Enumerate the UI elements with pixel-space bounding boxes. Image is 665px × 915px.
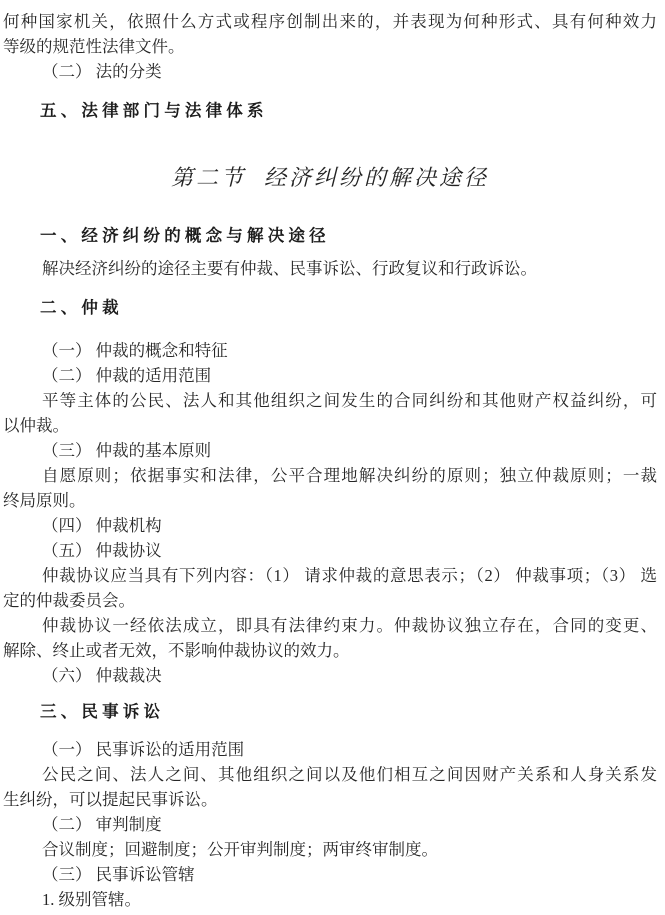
paragraph-line: 仲裁协议一经依法成立，即具有法律约束力。仲裁协议独立存在，合同的变更、: [3, 613, 657, 638]
paragraph-line: 生纠纷，可以提起民事诉讼。: [3, 787, 657, 812]
list-item: （一） 仲裁的概念和特征: [3, 338, 657, 363]
list-item: （三） 民事诉讼管辖: [3, 862, 657, 887]
chapter-number: 第二节: [171, 165, 246, 190]
paragraph-line: 定的仲裁委员会。: [3, 588, 657, 613]
paragraph-line: 公民之间、法人之间、其他组织之间以及他们相互之间因财产关系和人身关系发: [3, 762, 657, 787]
list-item: （六） 仲裁裁决: [3, 663, 657, 688]
list-item: （四） 仲裁机构: [3, 513, 657, 538]
level2-heading-three: 三、民事诉讼: [3, 700, 657, 725]
paragraph-line: 平等主体的公民、法人和其他组织之间发生的合同纠纷和其他财产权益纠纷，可: [3, 388, 657, 413]
chapter-title-text: 经济纠纷的解决途径: [264, 165, 489, 190]
list-item: （二） 法的分类: [3, 59, 657, 84]
list-item: （二） 仲裁的适用范围: [3, 363, 657, 388]
paragraph-line: 解决经济纠纷的途径主要有仲裁、民事诉讼、行政复议和行政诉讼。: [3, 256, 657, 281]
level2-heading-two: 二、仲裁: [3, 296, 657, 321]
paragraph-line: 仲裁协议应当具有下列内容：（1） 请求仲裁的意思表示；（2） 仲裁事项；（3） …: [3, 563, 657, 588]
paragraph-line: 以仲裁。: [3, 413, 657, 438]
chapter-heading: 第二节经济纠纷的解决途径: [3, 163, 657, 193]
continuation-line: 何种国家机关，依照什么方式或程序创制出来的，并表现为何种形式、具有何种效力: [3, 9, 657, 34]
level2-heading-five: 五、法律部门与法律体系: [3, 99, 657, 124]
list-item: （三） 仲裁的基本原则: [3, 438, 657, 463]
document-page: 何种国家机关，依照什么方式或程序创制出来的，并表现为何种形式、具有何种效力 等级…: [0, 0, 665, 915]
paragraph-line: 自愿原则；依据事实和法律，公平合理地解决纠纷的原则；独立仲裁原则；一裁: [3, 463, 657, 488]
paragraph-line: 合议制度；回避制度；公开审判制度；两审终审制度。: [3, 837, 657, 862]
list-item: （一） 民事诉讼的适用范围: [3, 737, 657, 762]
continuation-line: 等级的规范性法律文件。: [3, 34, 657, 59]
list-item: （二） 审判制度: [3, 812, 657, 837]
level2-heading-one: 一、经济纠纷的概念与解决途径: [3, 224, 657, 249]
list-item: （五） 仲裁协议: [3, 538, 657, 563]
paragraph-line: 解除、终止或者无效，不影响仲裁协议的效力。: [3, 638, 657, 663]
numbered-item: 1. 级别管辖。: [3, 887, 657, 912]
paragraph-line: 终局原则。: [3, 488, 657, 513]
